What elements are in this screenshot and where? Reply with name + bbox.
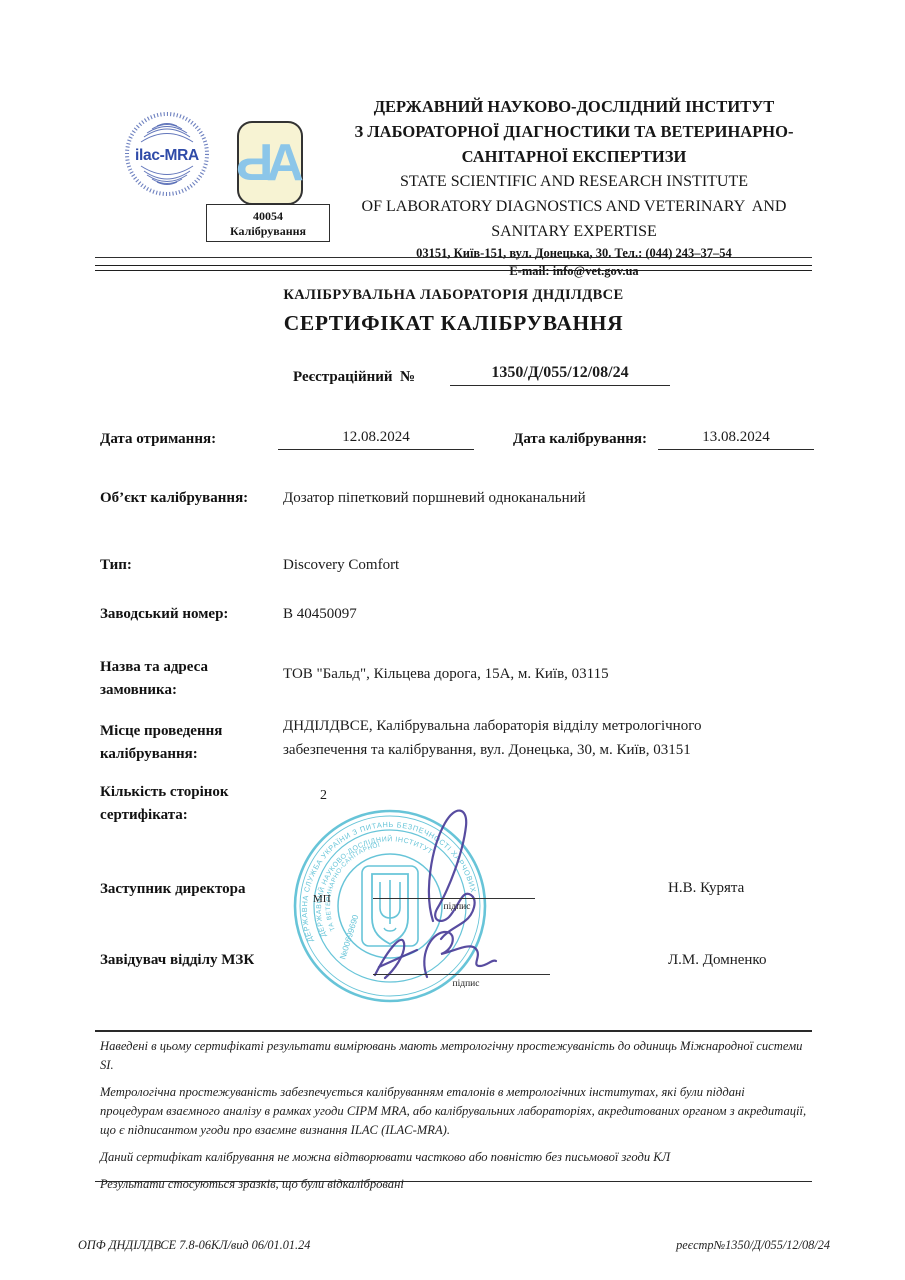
header-double-rule <box>95 265 812 271</box>
head-mzk-label: Завідувач відділу МЗК <box>100 952 254 969</box>
accreditation-number: 40054 <box>207 209 329 224</box>
naau-accreditation-logo: ЬА <box>237 121 303 205</box>
org-name-en-line1: STATE SCIENTIFIC AND RESEARCH INSTITUTE <box>336 169 812 194</box>
customer-value: ТОВ "Бальд", Кільцева дорога, 15А, м. Ки… <box>283 666 609 683</box>
place-label-line1: Місце проведення <box>100 720 222 743</box>
ilac-mra-label: ilac-MRA <box>135 147 199 164</box>
note-reproduction: Даний сертифікат калібрування не можна в… <box>100 1148 808 1167</box>
serial-number-value: В 40450097 <box>283 606 357 623</box>
place-value-line2: забезпечення та калібрування, вул. Донец… <box>283 738 701 762</box>
header-rule <box>95 257 812 258</box>
pages-value: 2 <box>320 788 327 804</box>
org-header: ДЕРЖАВНИЙ НАУКОВО-ДОСЛІДНИЙ ІНСТИТУТ З Л… <box>336 94 812 280</box>
customer-label-line1: Назва та адреса <box>100 656 208 679</box>
handwritten-signatures <box>345 793 645 1008</box>
certificate-title: СЕРТИФІКАТ КАЛІБРУВАННЯ <box>95 311 812 336</box>
serial-number-label: Заводський номер: <box>100 606 228 623</box>
note-samples: Результати стосуються зразків, що були в… <box>100 1175 808 1194</box>
head-mzk-name: Л.М. Домненко <box>668 952 766 969</box>
date-calibration-value: 13.08.2024 <box>658 429 814 450</box>
org-address: 03151, Київ-151, вул. Донецька, 30. Тел.… <box>336 245 812 262</box>
note-mra: Метрологічна простежуваність забезпечуєт… <box>100 1083 808 1140</box>
pages-label-line1: Кількість сторінок <box>100 781 229 804</box>
pages-label-line2: сертифіката: <box>100 804 229 827</box>
deputy-signature-line <box>373 898 535 899</box>
notes-bottom-rule <box>95 1181 812 1182</box>
date-received-label: Дата отримання: <box>100 431 216 448</box>
calibration-certificate-document: ilac-MRA ЬА 40054 Калібрування ДЕРЖАВНИЙ… <box>0 0 905 1280</box>
place-label: Місце проведення калібрування: <box>100 720 222 766</box>
ilac-mra-logo: ilac-MRA <box>124 111 210 197</box>
deputy-director-name: Н.В. Курята <box>668 880 744 897</box>
type-label: Тип: <box>100 557 132 574</box>
org-name-uk-line2: З ЛАБОРАТОРНОЇ ДІАГНОСТИКИ ТА ВЕТЕРИНАРН… <box>336 119 812 144</box>
object-label: Об’єкт калібрування: <box>100 490 248 507</box>
deputy-signature-caption: підпис <box>426 902 488 912</box>
lab-title: КАЛІБРУВАЛЬНА ЛАБОРАТОРІЯ ДНДІЛДВСЕ <box>95 287 812 304</box>
object-value: Дозатор піпетковий поршневий одноканальн… <box>283 490 586 507</box>
accreditation-number-box: 40054 Калібрування <box>206 204 330 242</box>
place-value: ДНДІЛДВСЕ, Калібрувальна лабораторія від… <box>283 714 701 762</box>
note-traceability: Наведені в цьому сертифікаті результати … <box>100 1037 808 1075</box>
stamp-place-mark: МП <box>313 893 331 905</box>
footer-registry-number: реєстр№1350/Д/055/12/08/24 <box>676 1238 830 1253</box>
date-calibration-label: Дата калібрування: <box>513 431 647 448</box>
pages-label: Кількість сторінок сертифіката: <box>100 781 229 827</box>
registration-label: Реєстраційний № <box>293 369 415 386</box>
naau-glyph-left: Ь <box>236 137 273 189</box>
date-received-value: 12.08.2024 <box>278 429 474 450</box>
customer-label: Назва та адреса замовника: <box>100 656 208 702</box>
org-name-uk-line1: ДЕРЖАВНИЙ НАУКОВО-ДОСЛІДНИЙ ІНСТИТУТ <box>336 94 812 119</box>
footer-form-code: ОПФ ДНДІЛДВСЕ 7.8-06КЛ/вид 06/01.01.24 <box>78 1238 310 1253</box>
notes-section: Наведені в цьому сертифікаті результати … <box>100 1037 808 1202</box>
customer-label-line2: замовника: <box>100 679 208 702</box>
place-label-line2: калібрування: <box>100 743 222 766</box>
deputy-director-label: Заступник директора <box>100 881 245 898</box>
type-value: Discovery Comfort <box>283 557 399 574</box>
head-signature-caption: підпис <box>435 979 497 989</box>
registration-number: 1350/Д/055/12/08/24 <box>450 364 670 386</box>
org-name-en-line3: SANITARY EXPERTISE <box>336 219 812 244</box>
notes-top-rule <box>95 1030 812 1032</box>
place-value-line1: ДНДІЛДВСЕ, Калібрувальна лабораторія від… <box>283 714 701 738</box>
org-name-en-line2: OF LABORATORY DIAGNOSTICS AND VETERINARY… <box>336 194 812 219</box>
head-signature-line <box>373 974 550 975</box>
org-name-uk-line3: САНІТАРНОЇ ЕКСПЕРТИЗИ <box>336 144 812 169</box>
accreditation-scope: Калібрування <box>207 224 329 239</box>
